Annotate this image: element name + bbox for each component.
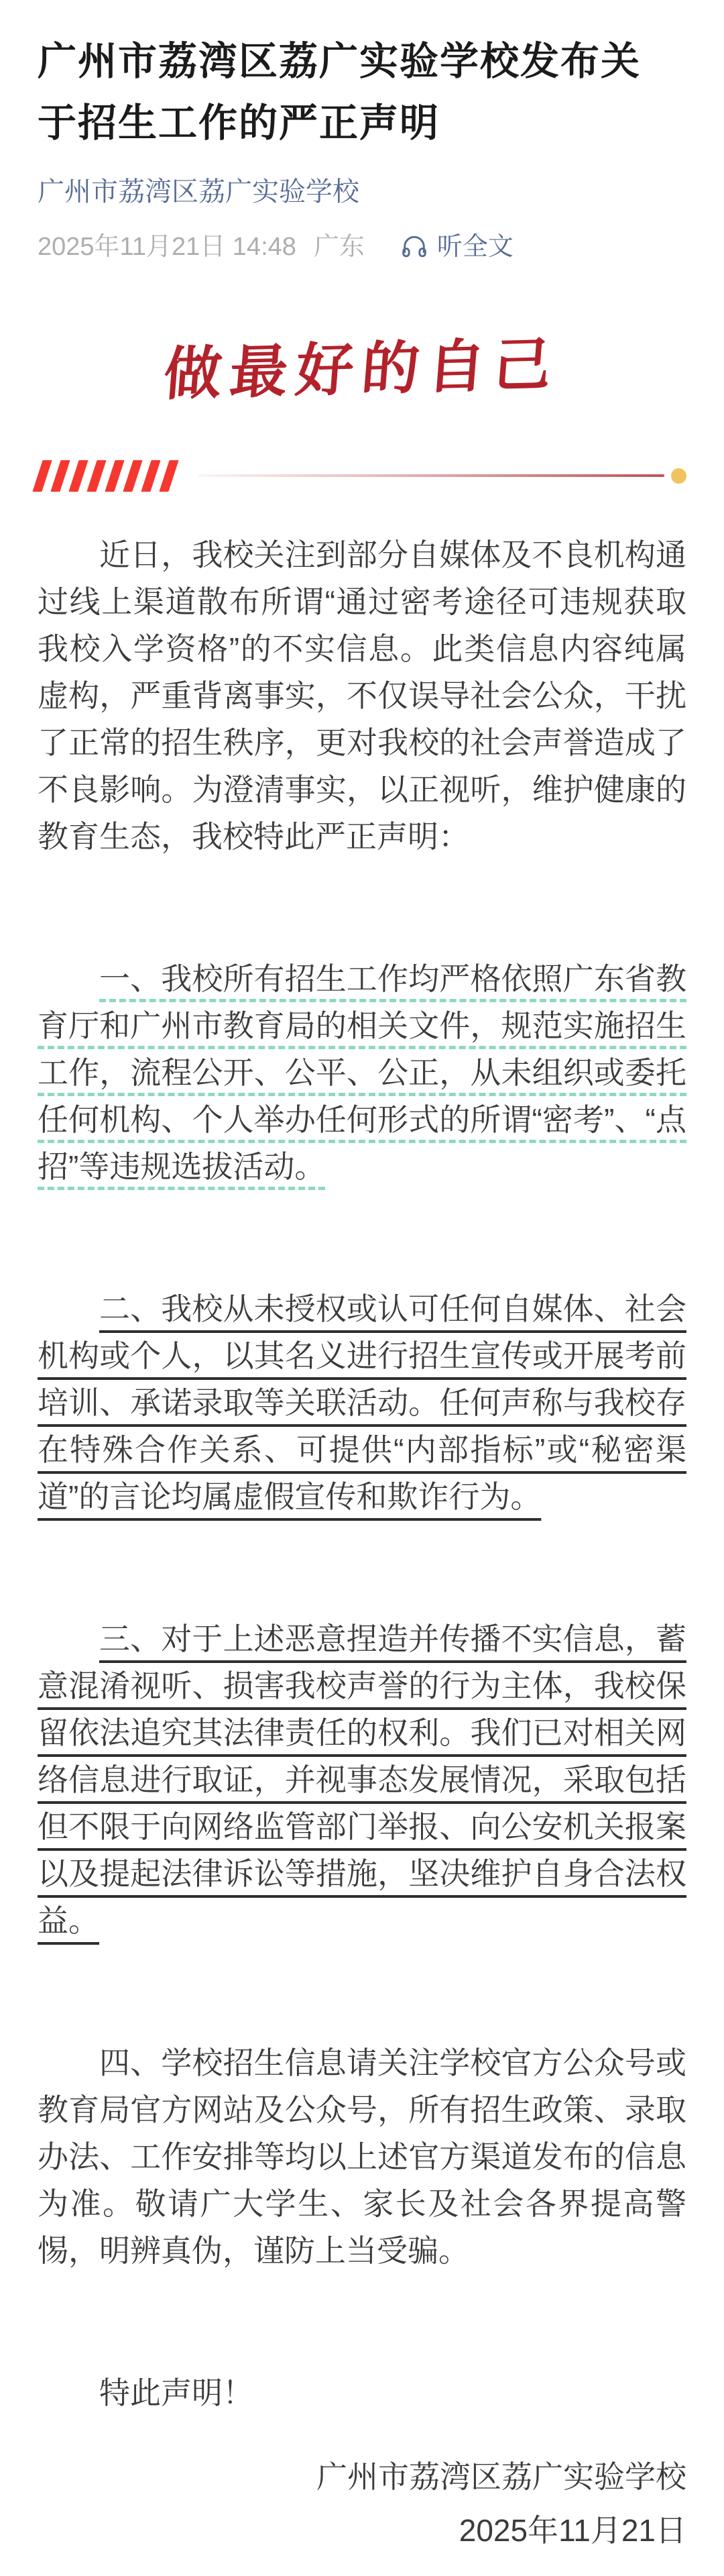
calligraphy-banner: 做最好的自己 bbox=[0, 280, 724, 448]
divider-stripe bbox=[32, 460, 52, 492]
publish-location: 广东 bbox=[314, 229, 365, 264]
red-divider bbox=[0, 459, 724, 492]
headphones-icon bbox=[400, 232, 429, 262]
meta-row: 2025年11月21日 14:48 广东 听全文 bbox=[38, 229, 686, 264]
wechat-article-page: 广州市荔湾区荔广实验学校发布关于招生工作的严正声明 广州市荔湾区荔广实验学校 2… bbox=[0, 0, 724, 2576]
article-header: 广州市荔湾区荔广实验学校发布关于招生工作的严正声明 广州市荔湾区荔广实验学校 2… bbox=[0, 0, 724, 264]
article-body: 近日，我校关注到部分自媒体及不良机构通过线上渠道散布所谓“通过密考途径可违规获取… bbox=[0, 492, 724, 2576]
divider-stripe bbox=[68, 460, 88, 492]
calligraphy-text: 做最好的自己 bbox=[161, 317, 562, 411]
paragraph-point-4: 四、学校招生信息请关注学校官方公众号或教育局官方网站及公众号，所有招生政策、录取… bbox=[38, 2039, 686, 2274]
divider-stripe bbox=[50, 460, 70, 492]
paragraph-intro: 近日，我校关注到部分自媒体及不良机构通过线上渠道散布所谓“通过密考途径可违规获取… bbox=[38, 531, 686, 860]
listen-full-text-label: 听全文 bbox=[437, 229, 514, 264]
account-link[interactable]: 广州市荔湾区荔广实验学校 bbox=[38, 173, 359, 211]
paragraph-point-2: 二、我校从未授权或认可任何自媒体、社会机构或个人，以其名义进行招生宣传或开展考前… bbox=[38, 1285, 686, 1520]
publish-date: 2025年11月21日 14:48 bbox=[38, 229, 296, 264]
divider-stripes bbox=[38, 460, 182, 492]
divider-end-dot-icon bbox=[671, 468, 686, 484]
divider-stripe bbox=[141, 460, 160, 492]
divider-stripe bbox=[86, 460, 106, 492]
signature-name: 广州市荔湾区荔广实验学校 bbox=[38, 2450, 686, 2504]
divider-stripe bbox=[159, 460, 178, 492]
paragraph-point-1: 一、我校所有招生工作均严格依照广东省教育厅和广州市教育局的相关文件，规范实施招生… bbox=[38, 955, 686, 1190]
page-title: 广州市荔湾区荔广实验学校发布关于招生工作的严正声明 bbox=[38, 31, 658, 154]
signature-date: 2025年11月21日 bbox=[38, 2504, 686, 2557]
closing-statement: 特此声明！ bbox=[38, 2369, 686, 2416]
signature-block: 广州市荔湾区荔广实验学校 2025年11月21日 bbox=[38, 2450, 686, 2576]
divider-stripe bbox=[105, 460, 124, 492]
paragraph-point-3: 三、对于上述恶意捏造并传播不实信息，蓄意混淆视听、损害我校声誉的行为主体，我校保… bbox=[38, 1615, 686, 1944]
divider-stripe bbox=[123, 460, 142, 492]
divider-gradient-line bbox=[197, 474, 664, 477]
listen-full-text-button[interactable]: 听全文 bbox=[400, 229, 514, 264]
